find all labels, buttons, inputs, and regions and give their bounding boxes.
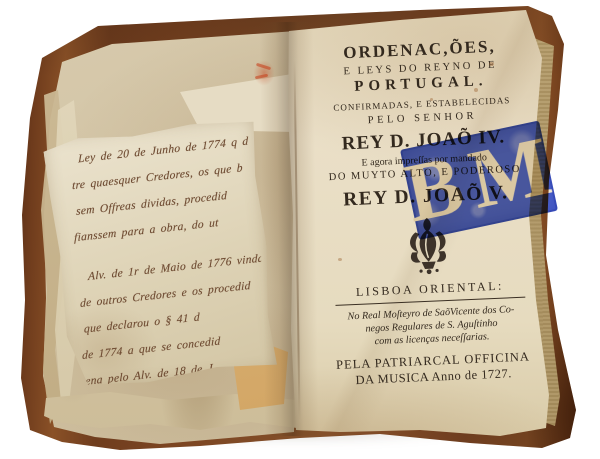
red-ink-mark [250, 56, 278, 90]
book-photo: Ley de 20 de Junho de 1774 q d tre quaes… [0, 0, 600, 459]
foxing-spot [430, 98, 433, 101]
foxing-spot [474, 88, 478, 92]
manuscript-note-text: Ley de 20 de Junho de 1774 q d tre quaes… [72, 127, 261, 396]
red-ink-squiggle [255, 74, 268, 80]
foxing-spot [489, 62, 494, 66]
foxing-spot [338, 258, 342, 261]
red-ink-squiggle [256, 63, 271, 70]
manuscript-note-paper: Ley de 20 de Junho de 1774 q d tre quaes… [42, 116, 280, 393]
